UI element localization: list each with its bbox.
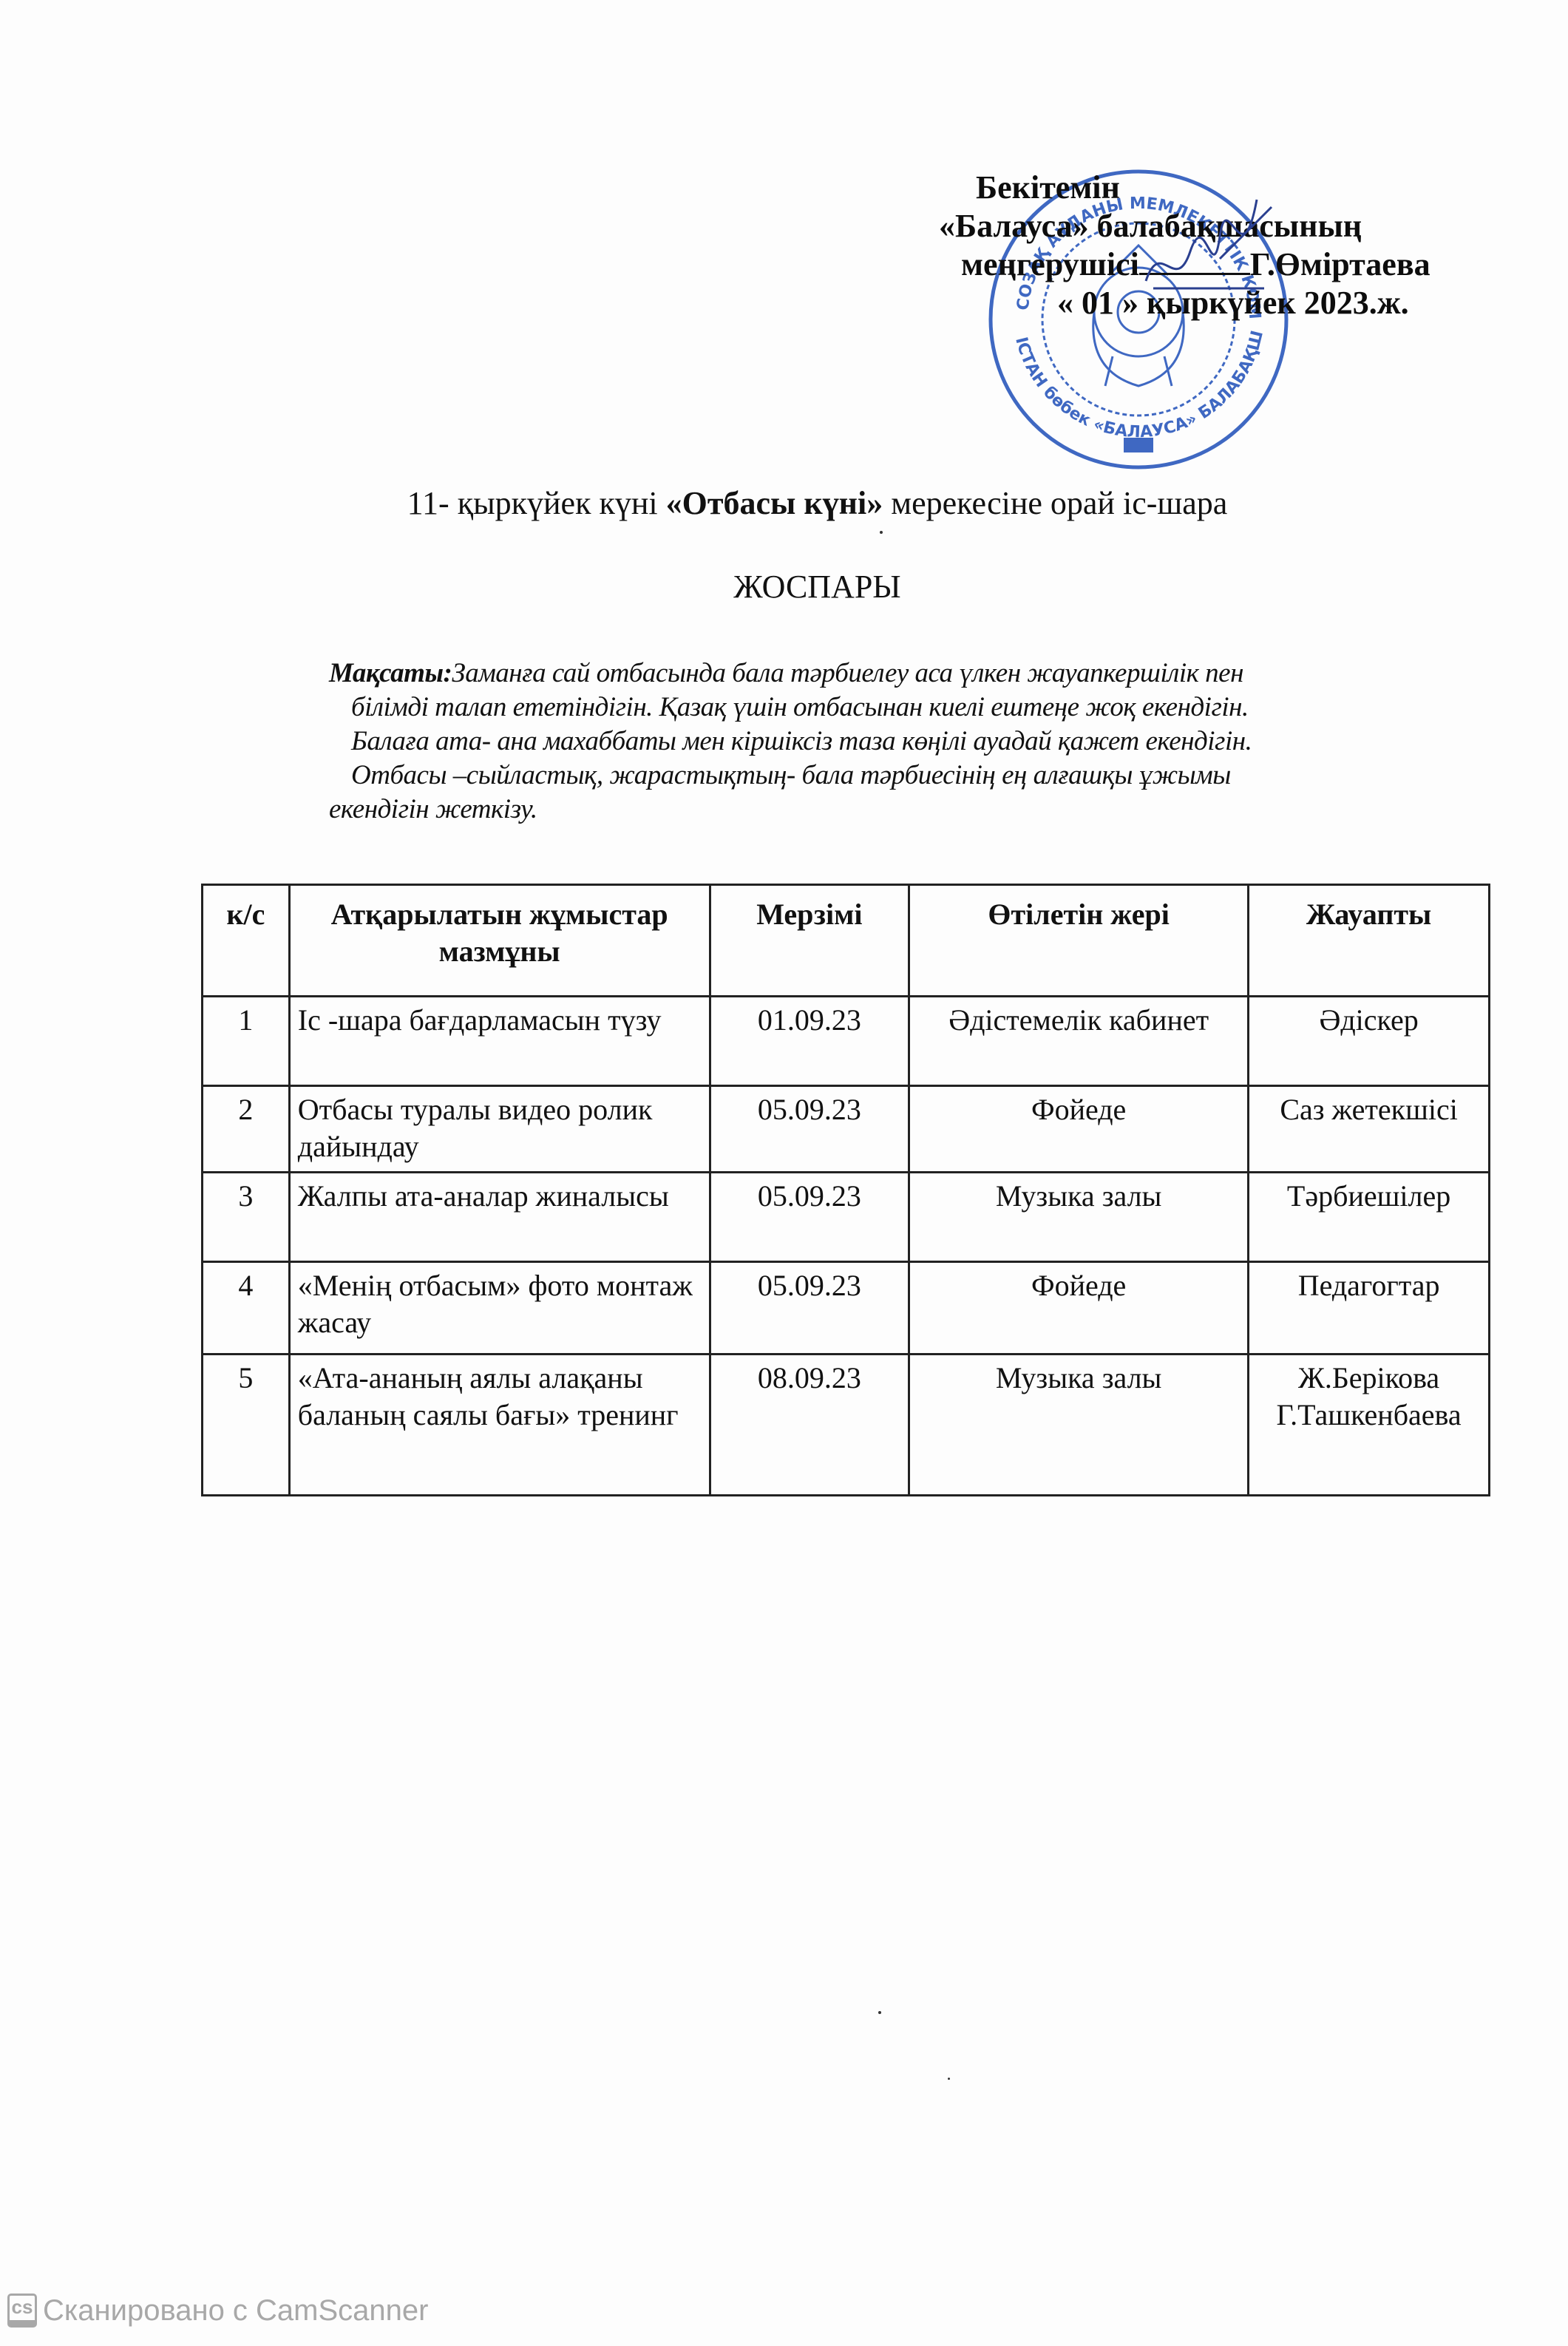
event-title-highlight: «Отбасы күні»	[666, 485, 883, 521]
header-responsible: Жауапты	[1249, 885, 1490, 997]
scan-speck	[880, 531, 883, 534]
row-place: Фойеде	[909, 1086, 1249, 1173]
scan-speck	[878, 2011, 881, 2014]
row-task: Іс -шара бағдарламасын түзу	[289, 997, 710, 1086]
event-title-suffix: мерекесіне орай іс-шара	[883, 485, 1227, 521]
row-place: Фойеде	[909, 1262, 1249, 1355]
row-responsible: Саз жетекшісі	[1249, 1086, 1490, 1173]
row-date: 01.09.23	[710, 997, 909, 1086]
header-date: Мерзімі	[710, 885, 909, 997]
goal-line-1: Мақсаты:Заманға сай отбасында бала тәрби…	[329, 657, 1467, 691]
row-number: 3	[203, 1173, 290, 1262]
row-responsible: Тәрбиешілер	[1249, 1173, 1490, 1262]
table-row: 4 «Менің отбасым» фото монтаж жасау 05.0…	[203, 1262, 1490, 1355]
row-number: 2	[203, 1086, 290, 1173]
table-row: 3 Жалпы ата-аналар жиналысы 05.09.23 Муз…	[203, 1173, 1490, 1262]
table-header-row: к/с Атқарылатын жұмыстар мазмұны Мерзімі…	[203, 885, 1490, 997]
row-number: 1	[203, 997, 290, 1086]
plan-table: к/с Атқарылатын жұмыстар мазмұны Мерзімі…	[201, 884, 1490, 1496]
camscanner-logo-icon: cs	[7, 2294, 37, 2328]
row-task: «Ата-ананың аялы алақаны баланың саялы б…	[289, 1355, 710, 1496]
row-task: Жалпы ата-аналар жиналысы	[289, 1173, 710, 1262]
goal-label: Мақсаты:	[329, 658, 452, 688]
watermark-text: Сканировано с CamScanner	[43, 2294, 428, 2328]
row-date: 08.09.23	[710, 1355, 909, 1496]
table-row: 1 Іс -шара бағдарламасын түзу 01.09.23 Ә…	[203, 997, 1490, 1086]
row-responsible: Педагогтар	[1249, 1262, 1490, 1355]
row-responsible: Әдіскер	[1249, 997, 1490, 1086]
row-number: 4	[203, 1262, 290, 1355]
approval-position: меңгерушісі	[961, 246, 1139, 282]
goal-line-5: екендігін жеткізу.	[329, 793, 1467, 827]
table-row: 2 Отбасы туралы видео ролик дайындау 05.…	[203, 1086, 1490, 1173]
goal-line-2: білімді талап ететіндігін. Қазақ үшін от…	[329, 691, 1467, 725]
header-number: к/с	[203, 885, 290, 997]
row-task: «Менің отбасым» фото монтаж жасау	[289, 1262, 710, 1355]
goal-line-3: Балаға ата- ана махаббаты мен кіршіксіз …	[329, 725, 1467, 759]
goal-paragraph: Мақсаты:Заманға сай отбасында бала тәрби…	[329, 657, 1467, 827]
event-title-prefix: 11- қыркүйек күні	[407, 485, 666, 521]
signature-mark-icon	[1131, 192, 1279, 303]
plan-heading: ЖОСПАРЫ	[0, 568, 1568, 606]
row-place: Музыка залы	[909, 1173, 1249, 1262]
row-place: Музыка залы	[909, 1355, 1249, 1496]
row-task: Отбасы туралы видео ролик дайындау	[289, 1086, 710, 1173]
camscanner-watermark: cs Сканировано с CamScanner	[7, 2294, 428, 2328]
table-row: 5 «Ата-ананың аялы алақаны баланың саялы…	[203, 1355, 1490, 1496]
row-date: 05.09.23	[710, 1086, 909, 1173]
event-title: 11- қыркүйек күні «Отбасы күні» мерекесі…	[0, 484, 1568, 522]
goal-line-4: Отбасы –сыйластық, жарастықтың- бала тәр…	[329, 759, 1467, 793]
row-date: 05.09.23	[710, 1262, 909, 1355]
row-number: 5	[203, 1355, 290, 1496]
row-responsible: Ж.Берікова Г.Ташкенбаева	[1249, 1355, 1490, 1496]
row-date: 05.09.23	[710, 1173, 909, 1262]
row-place: Әдістемелік кабинет	[909, 997, 1249, 1086]
header-place: Өтілетін жері	[909, 885, 1249, 997]
header-task: Атқарылатын жұмыстар мазмұны	[289, 885, 710, 997]
scan-speck	[948, 2078, 950, 2080]
